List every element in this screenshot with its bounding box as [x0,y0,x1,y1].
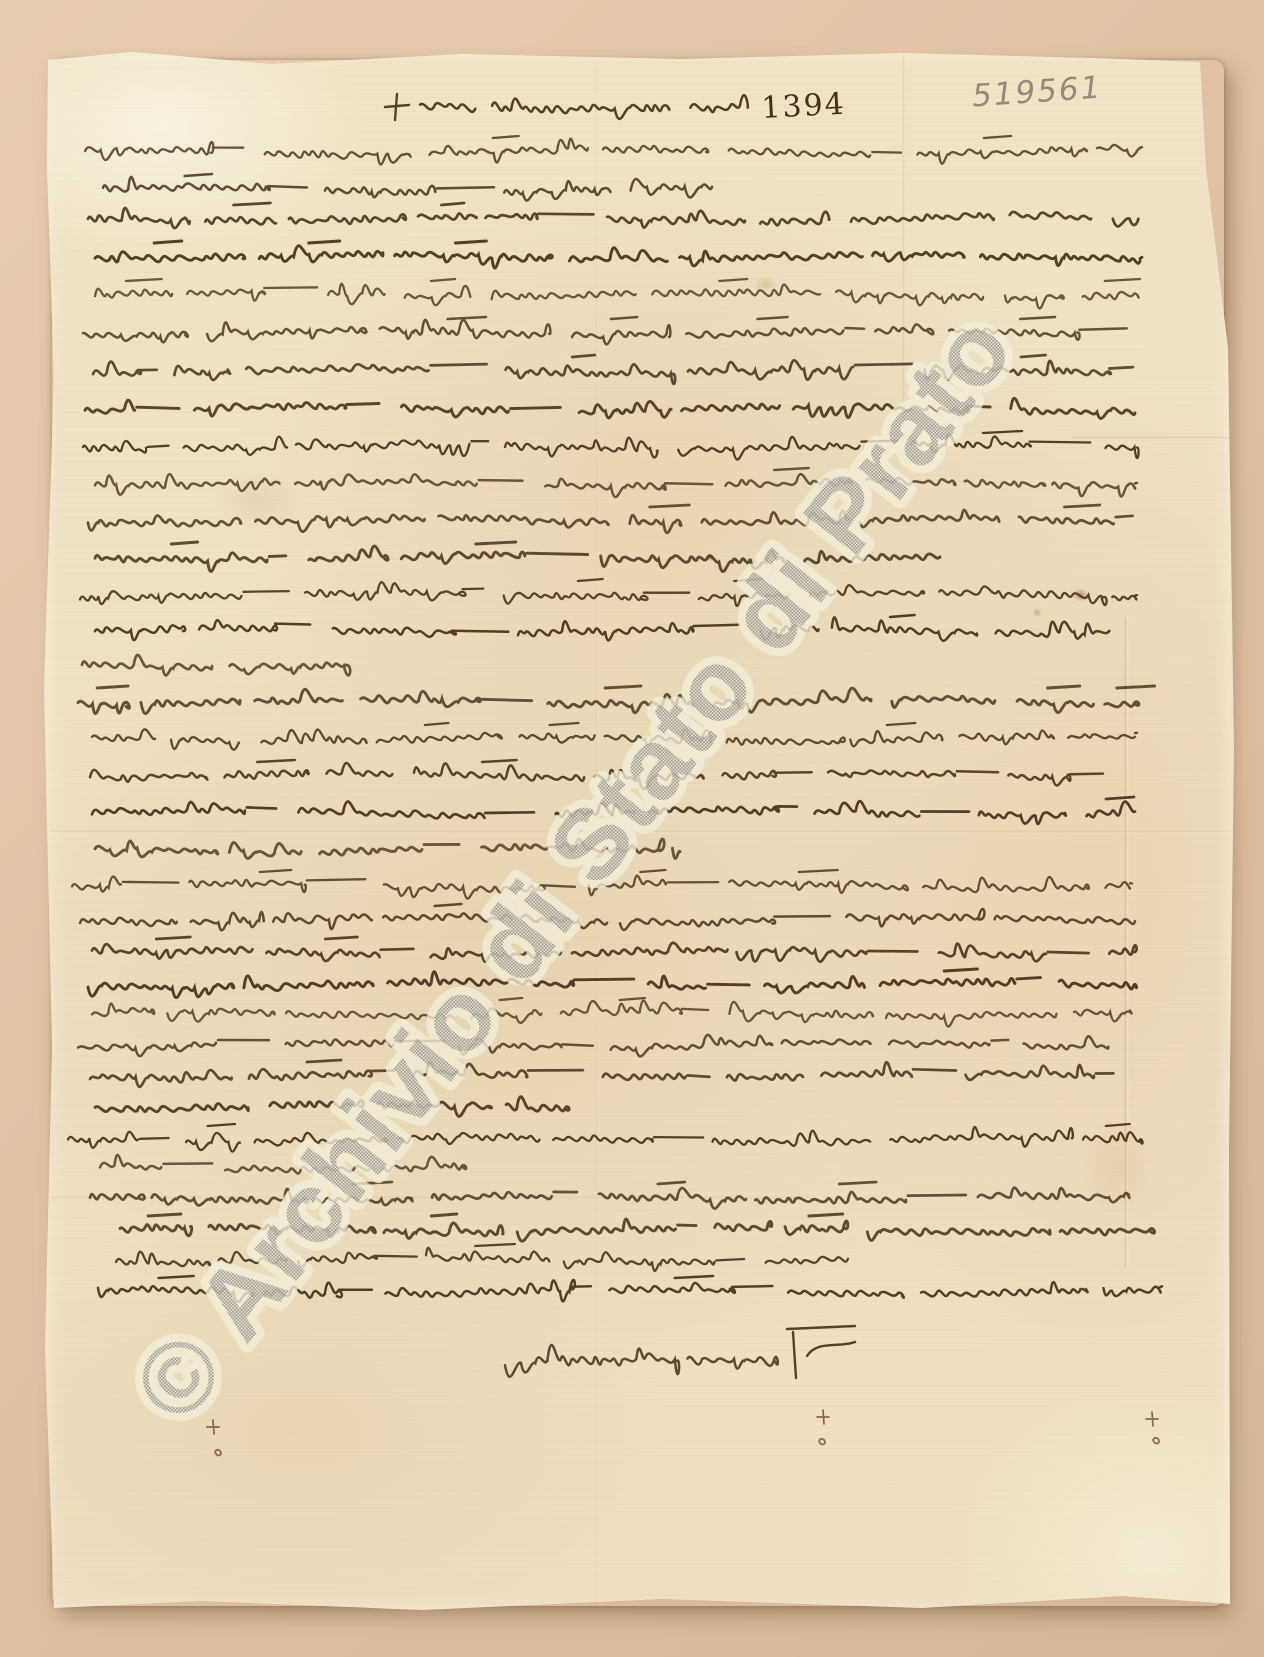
scanned-manuscript-page: 1394 © Archivio di Stato di Prato © Arch… [0,0,1264,1657]
handwritten-line [88,203,1138,228]
handwritten-line [78,1035,1108,1057]
handwritten-line [88,505,1133,533]
handwritten-line [95,241,1142,268]
signature-flourish [787,1326,855,1378]
handwritten-line [92,937,1137,962]
handwritten-line [92,998,1132,1027]
header-year: 1394 [761,87,847,126]
signature-line [505,1345,778,1377]
handwritten-line [95,615,1109,641]
handwritten-line [82,655,350,675]
handwritten-line [68,1124,1143,1152]
manuscript-scan-layer: 1394 © Archivio di Stato di Prato © Arch… [0,0,1264,1657]
handwritten-line [80,579,1137,606]
registration-dot-mark [215,1450,221,1456]
watermark-text: © Archivio di Stato di Prato [112,293,1035,1442]
handwritten-line [85,136,1142,165]
registration-cross-mark [1146,1412,1158,1426]
handwritten-line [103,174,712,201]
handwritten-line [95,279,1140,308]
header-line [420,95,748,119]
archive-watermark: © Archivio di Stato di Prato © Archivio … [112,293,1035,1442]
header-cross-mark [385,94,409,120]
handwritten-line [78,686,1155,714]
handwritten-line [95,468,1137,497]
handwritten-line [83,431,1139,460]
registration-dot-mark [819,1439,825,1445]
handwritten-line [88,969,1137,998]
registration-cross-mark [817,1410,829,1424]
registration-dot-mark [1153,1438,1159,1444]
handwritten-line [90,1060,1113,1087]
